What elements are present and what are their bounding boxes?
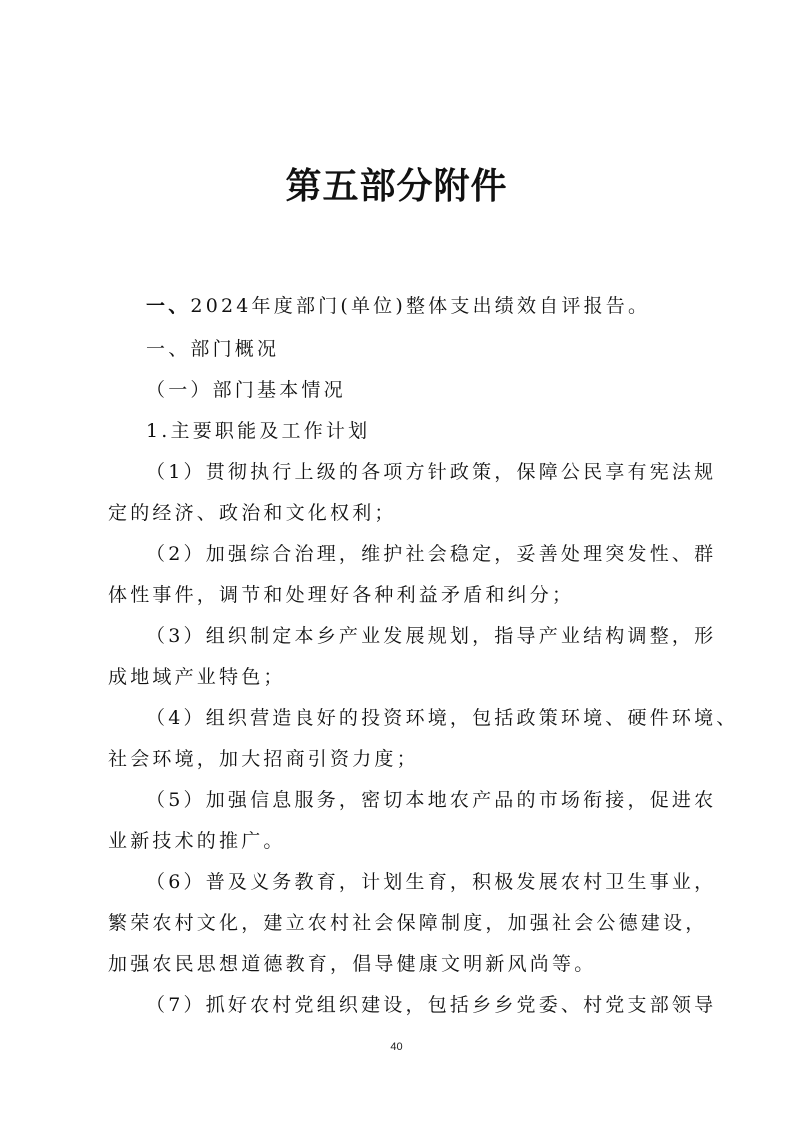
paragraph-6-line-3: 加强农民思想道德教育，倡导健康文明新风尚等。	[108, 951, 596, 977]
paragraph-2-line-1: （2）加强综合治理，维护社会稳定，妥善处理突发性、群	[146, 541, 716, 567]
item-heading: 1.主要职能及工作计划	[146, 418, 370, 444]
report-heading: 一、2024年度部门(单位)整体支出绩效自评报告。	[146, 293, 650, 319]
paragraph-6-line-1: （6）普及义务教育，计划生育，积极发展农村卫生事业，	[146, 869, 716, 895]
report-heading-prefix: 一、	[146, 295, 190, 317]
paragraph-6-line-2: 繁荣农村文化，建立农村社会保障制度，加强社会公德建设，	[108, 910, 707, 936]
paragraph-7-line-1: （7）抓好农村党组织建设，包括乡乡党委、村党支部领导	[146, 992, 716, 1018]
subsection-heading: （一）部门基本情况	[146, 377, 346, 403]
page-title: 第五部分附件	[0, 163, 793, 209]
section-heading: 一、部门概况	[146, 336, 279, 362]
paragraph-2-line-2: 体性事件，调节和处理好各种利益矛盾和纠分；	[108, 582, 574, 608]
paragraph-3-line-2: 成地域产业特色；	[108, 664, 286, 690]
paragraph-1-line-2: 定的经济、政治和文化权利；	[108, 500, 397, 526]
paragraph-4-line-1: （4）组织营造良好的投资环境，包括政策环境、硬件环境、	[146, 705, 739, 731]
paragraph-4-line-2: 社会环境，加大招商引资力度；	[108, 746, 419, 772]
report-heading-text: 2024年度部门(单位)整体支出绩效自评报告。	[190, 295, 650, 317]
paragraph-1-line-1: （1）贯彻执行上级的各项方针政策，保障公民享有宪法规	[146, 459, 716, 485]
paragraph-3-line-1: （3）组织制定本乡产业发展规划，指导产业结构调整，形	[146, 623, 716, 649]
page-number: 40	[0, 1041, 793, 1053]
paragraph-5-line-1: （5）加强信息服务，密切本地农产品的市场衔接，促进农	[146, 787, 716, 813]
paragraph-5-line-2: 业新技术的推广。	[108, 828, 286, 854]
